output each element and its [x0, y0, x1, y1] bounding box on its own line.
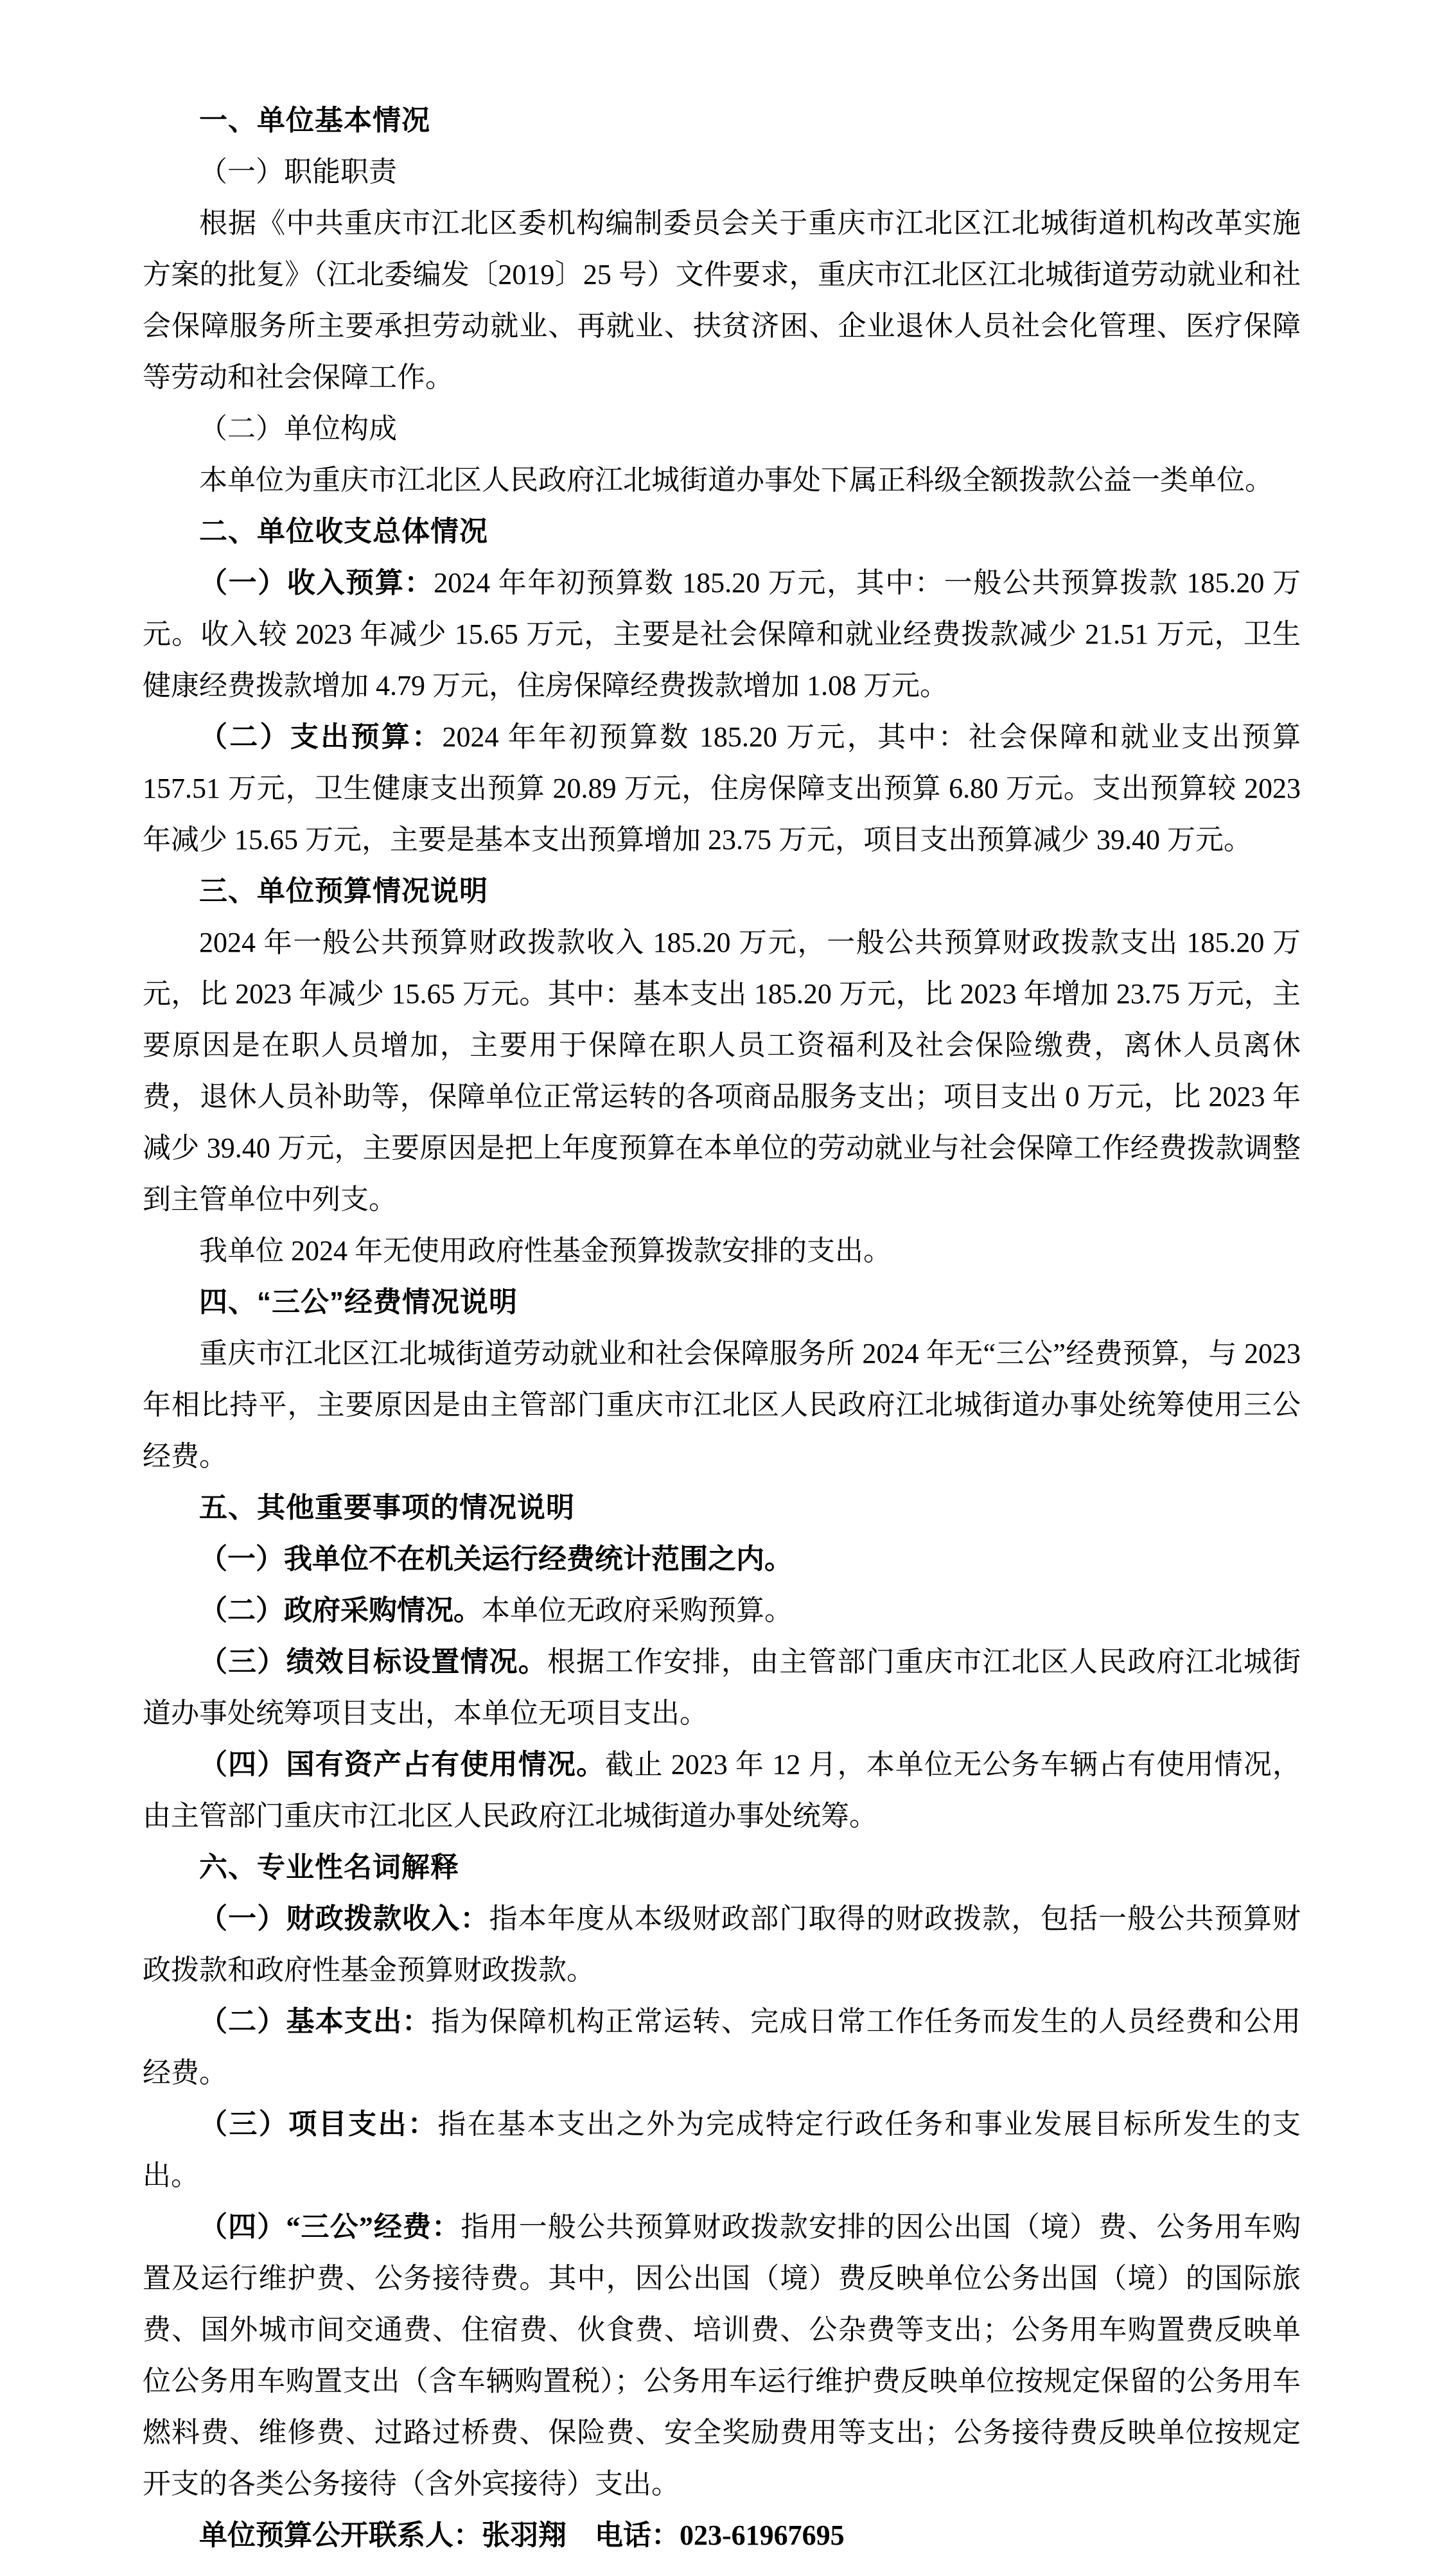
paragraph-bold-lead: （四）国有资产占有使用情况。 [199, 1749, 605, 1780]
paragraph: （一）职能职责 [143, 146, 1301, 198]
paragraph: （三）项目支出：指在基本支出之外为完成特定行政任务和事业发展目标所发生的支出。 [143, 2099, 1301, 2202]
paragraph-bold-lead: （四）“三公”经费： [199, 2211, 461, 2243]
paragraph: （四）“三公”经费：指用一般公共预算财政拨款安排的因公出国（境）费、公务用车购置… [143, 2202, 1301, 2510]
paragraph-bold-lead: （三）绩效目标设置情况。 [199, 1646, 547, 1678]
paragraph: （二）单位构成 [143, 403, 1301, 455]
paragraph-text: 本单位无政府采购预算。 [482, 1595, 793, 1626]
paragraph-bold-lead: （三）项目支出： [199, 2108, 437, 2140]
paragraph-bold-lead: （一）我单位不在机关运行经费统计范围之内。 [199, 1543, 793, 1575]
paragraph: （一）财政拨款收入：指本年度从本级财政部门取得的财政拨款，包括一般公共预算财政拨… [143, 1893, 1301, 1996]
paragraph: （三）绩效目标设置情况。根据工作安排，由主管部门重庆市江北区人民政府江北城街道办… [143, 1636, 1301, 1739]
section-heading: 六、专业性名词解释 [143, 1842, 1301, 1893]
section-heading: 三、单位预算情况说明 [143, 866, 1301, 917]
paragraph: 我单位 2024 年无使用政府性基金预算拨款安排的支出。 [143, 1225, 1301, 1277]
paragraph: （二）政府采购情况。本单位无政府采购预算。 [143, 1585, 1301, 1636]
document-page: 一、单位基本情况（一）职能职责根据《中共重庆市江北区委机构编制委员会关于重庆市江… [0, 0, 1442, 2576]
paragraph: 2024 年一般公共预算财政拨款收入 185.20 万元，一般公共预算财政拨款支… [143, 917, 1301, 1225]
paragraph: （一）收入预算：2024 年年初预算数 185.20 万元，其中：一般公共预算拨… [143, 557, 1301, 712]
paragraph-text: （一）职能职责 [199, 156, 397, 188]
paragraph: （二）基本支出：指为保障机构正常运转、完成日常工作任务而发生的人员经费和公用经费… [143, 1996, 1301, 2099]
paragraph: 重庆市江北区江北城街道劳动就业和社会保障服务所 2024 年无“三公”经费预算，… [143, 1328, 1301, 1482]
section-heading: 五、其他重要事项的情况说明 [143, 1482, 1301, 1534]
paragraph-text: 根据《中共重庆市江北区委机构编制委员会关于重庆市江北区江北城街道机构改革实施方案… [143, 207, 1301, 393]
paragraph: 根据《中共重庆市江北区委机构编制委员会关于重庆市江北区江北城街道机构改革实施方案… [143, 198, 1301, 403]
paragraph-text: 2024 年一般公共预算财政拨款收入 185.20 万元，一般公共预算财政拨款支… [143, 927, 1301, 1215]
paragraph-bold-lead: （二）支出预算： [199, 721, 442, 753]
paragraph: （一）我单位不在机关运行经费统计范围之内。 [143, 1534, 1301, 1585]
paragraph-bold-lead: （一）收入预算： [199, 567, 434, 599]
section-heading: 一、单位基本情况 [143, 95, 1301, 146]
paragraph-text: 重庆市江北区江北城街道劳动就业和社会保障服务所 2024 年无“三公”经费预算，… [143, 1338, 1301, 1472]
document-body: 一、单位基本情况（一）职能职责根据《中共重庆市江北区委机构编制委员会关于重庆市江… [143, 95, 1301, 2561]
paragraph-bold-lead: （二）基本支出： [199, 2006, 431, 2037]
contact-line: 单位预算公开联系人：张羽翔 电话：023-61967695 [143, 2510, 1301, 2561]
paragraph-text: 指用一般公共预算财政拨款安排的因公出国（境）费、公务用车购置及运行维护费、公务接… [143, 2211, 1301, 2500]
paragraph: 本单位为重庆市江北区人民政府江北城街道办事处下属正科级全额拨款公益一类单位。 [143, 455, 1301, 506]
paragraph-text: 本单位为重庆市江北区人民政府江北城街道办事处下属正科级全额拨款公益一类单位。 [199, 464, 1273, 496]
paragraph: （二）支出预算：2024 年年初预算数 185.20 万元，其中：社会保障和就业… [143, 712, 1301, 866]
section-heading: 二、单位收支总体情况 [143, 506, 1301, 557]
paragraph-bold-lead: （二）政府采购情况。 [199, 1595, 482, 1626]
paragraph-text: （二）单位构成 [199, 413, 397, 444]
paragraph-text: 我单位 2024 年无使用政府性基金预算拨款安排的支出。 [199, 1235, 892, 1266]
paragraph: （四）国有资产占有使用情况。截止 2023 年 12 月，本单位无公务车辆占有使… [143, 1739, 1301, 1842]
paragraph-bold-lead: （一）财政拨款收入： [199, 1903, 489, 1934]
section-heading: 四、“三公”经费情况说明 [143, 1277, 1301, 1328]
